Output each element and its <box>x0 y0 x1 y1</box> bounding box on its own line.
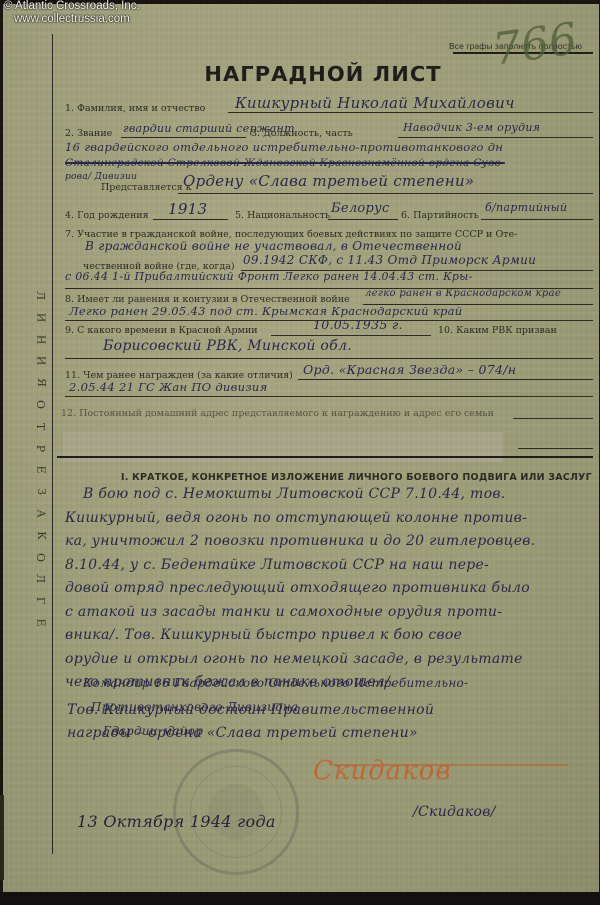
edge-tab <box>0 795 4 880</box>
field-3-label: 3. Должность, часть <box>251 128 353 139</box>
cut-line-letter: Г <box>34 597 47 604</box>
field-8-value-2: Легко ранен 29.05.43 под ст. Крымская Кр… <box>69 304 463 318</box>
bottom-edge <box>0 892 600 905</box>
cut-line-letter: Я <box>34 378 47 387</box>
field-10-label: 10. Каким РВК призван <box>438 325 557 336</box>
section-title: I. КРАТКОЕ, КОНКРЕТНОЕ ИЗЛОЖЕНИЕ ЛИЧНОГО… <box>121 472 592 483</box>
field-4-label: 4. Год рождения <box>65 210 149 221</box>
watermark-line-1: © Atlantic Crossroads, Inc. <box>4 0 140 13</box>
field-4-rule <box>153 219 228 220</box>
copyright-watermark: © Atlantic Crossroads, Inc. www.collectr… <box>4 0 140 26</box>
feat-line: чего противник бежал в панике отошел/. <box>65 674 395 690</box>
feat-line: награды – ордена «Слава третьей степени» <box>67 725 418 741</box>
field-11-rule <box>298 379 593 380</box>
field-12-rule <box>513 418 593 419</box>
document-date: 13 Октября 1944 года <box>77 812 276 831</box>
field-7-value-2: 09.1942 СКФ, с 11.43 Отд Приморск Армии <box>243 253 536 267</box>
cut-line-letter: И <box>35 356 48 366</box>
field-5-value: Белорус <box>331 201 390 216</box>
field-11-value-2: 2.05.44 21 ГС Жан ПО дивизия <box>69 380 268 394</box>
field-3-value-line2: 16 гвардейского отдельного истребительно… <box>65 140 503 154</box>
award-sheet-document: ЛИНИЯОТРЕЗАКОЛГЕ Все графы заполнять пол… <box>3 4 599 896</box>
field-8-value-1: легко ранен в Краснодарском крае <box>365 288 561 299</box>
cut-line-letter: Н <box>35 334 48 344</box>
field-11-value-1: Орд. «Красная Звезда» – 074/н <box>303 362 516 377</box>
cut-line-label: ЛИНИЯОТРЕЗАКОЛГЕ <box>33 289 49 629</box>
cut-line-letter: Р <box>35 444 48 451</box>
field-3-value-line3-struck: Сталинградской Стрелковой Ждановской Кра… <box>65 157 505 169</box>
field-4-value: 1913 <box>168 200 207 218</box>
cut-line-letter: З <box>34 488 47 495</box>
field-12-rule-2 <box>518 448 593 449</box>
feat-line: Тов. Кишкурный достоин Правительственной <box>67 702 434 718</box>
feat-line: довой отряд преследующий отходящего прот… <box>65 580 530 596</box>
field-3-rule <box>398 137 593 138</box>
nominated-label: Представляется к <box>101 182 192 193</box>
cut-line-letter: О <box>35 400 48 409</box>
document-title: НАГРАДНОЙ ЛИСТ <box>3 62 599 86</box>
commander-signature: Скидаков <box>313 756 451 786</box>
field-9-value: 10.05.1935 г. <box>313 317 403 332</box>
field-12-label: 12. Постоянный домашний адрес представля… <box>61 408 494 419</box>
field-10-rule <box>65 358 593 359</box>
cut-line-letter: Т <box>35 423 48 430</box>
nominated-rule <box>178 193 593 194</box>
cut-line-letter: Е <box>35 466 48 474</box>
field-5-label: 5. Национальность <box>235 210 330 221</box>
field-7-value-1: В гражданской войне не участвовал, в Оте… <box>85 239 462 253</box>
watermark-line-2: www.collectrussia.com <box>4 13 140 26</box>
feat-line: 8.10.44, у с. Бедентайке Литовской ССР н… <box>65 557 489 573</box>
nominated-value: Ордену «Слава третьей степени» <box>183 172 474 190</box>
field-6-rule <box>481 219 593 220</box>
field-6-value: б/партийный <box>485 201 567 214</box>
cut-line-letter: И <box>35 313 48 323</box>
field-7-value-3: с 06.44 1-й Прибалтийский Фронт Легко ра… <box>65 270 473 283</box>
field-1-value: Кишкурный Николай Михайлович <box>235 94 515 112</box>
field-11-rule-2 <box>65 396 593 397</box>
cut-line-letter: Л <box>35 574 48 583</box>
field-9-label: 9. С какого времени в Красной Армии <box>65 325 258 336</box>
field-2-label: 2. Звание <box>65 128 112 139</box>
commander-name-printed: /Скидаков/ <box>413 804 496 820</box>
cut-line-letter: Л <box>35 291 48 300</box>
feat-line: вника/. Тов. Кишкурный быстро привел к б… <box>65 627 462 643</box>
feat-line: орудие и открыл огонь по немецкой засаде… <box>65 651 523 667</box>
feat-line: ка, уничтожил 2 повозки противника и до … <box>65 533 536 549</box>
section-divider <box>57 456 593 458</box>
field-9-rule <box>271 335 431 336</box>
cut-line-letter: О <box>35 553 48 562</box>
feat-line: В бою под с. Немокшты Литовской ССР 7.10… <box>83 486 506 502</box>
cut-line-letter: А <box>35 509 48 517</box>
field-5-rule <box>328 219 398 220</box>
field-2-rule <box>121 137 246 138</box>
field-10-value: Борисовский РВК, Минской обл. <box>103 338 352 354</box>
field-1-label: 1. Фамилия, имя и отчество <box>65 103 205 114</box>
field-3-value: Наводчик 3-ем орудия <box>403 121 540 134</box>
cut-line <box>52 34 53 854</box>
feat-line: с атакой из засады танки и самоходные ор… <box>65 604 502 620</box>
field-1-rule <box>228 112 593 113</box>
feat-line: Кишкурный, ведя огонь по отступающей кол… <box>65 510 527 526</box>
field-6-label: 6. Партийность <box>401 210 479 221</box>
cut-line-letter: Е <box>35 618 48 626</box>
cut-line-letter: К <box>34 531 47 540</box>
field-3-value-line4: рова/ Дивизии <box>65 172 137 182</box>
